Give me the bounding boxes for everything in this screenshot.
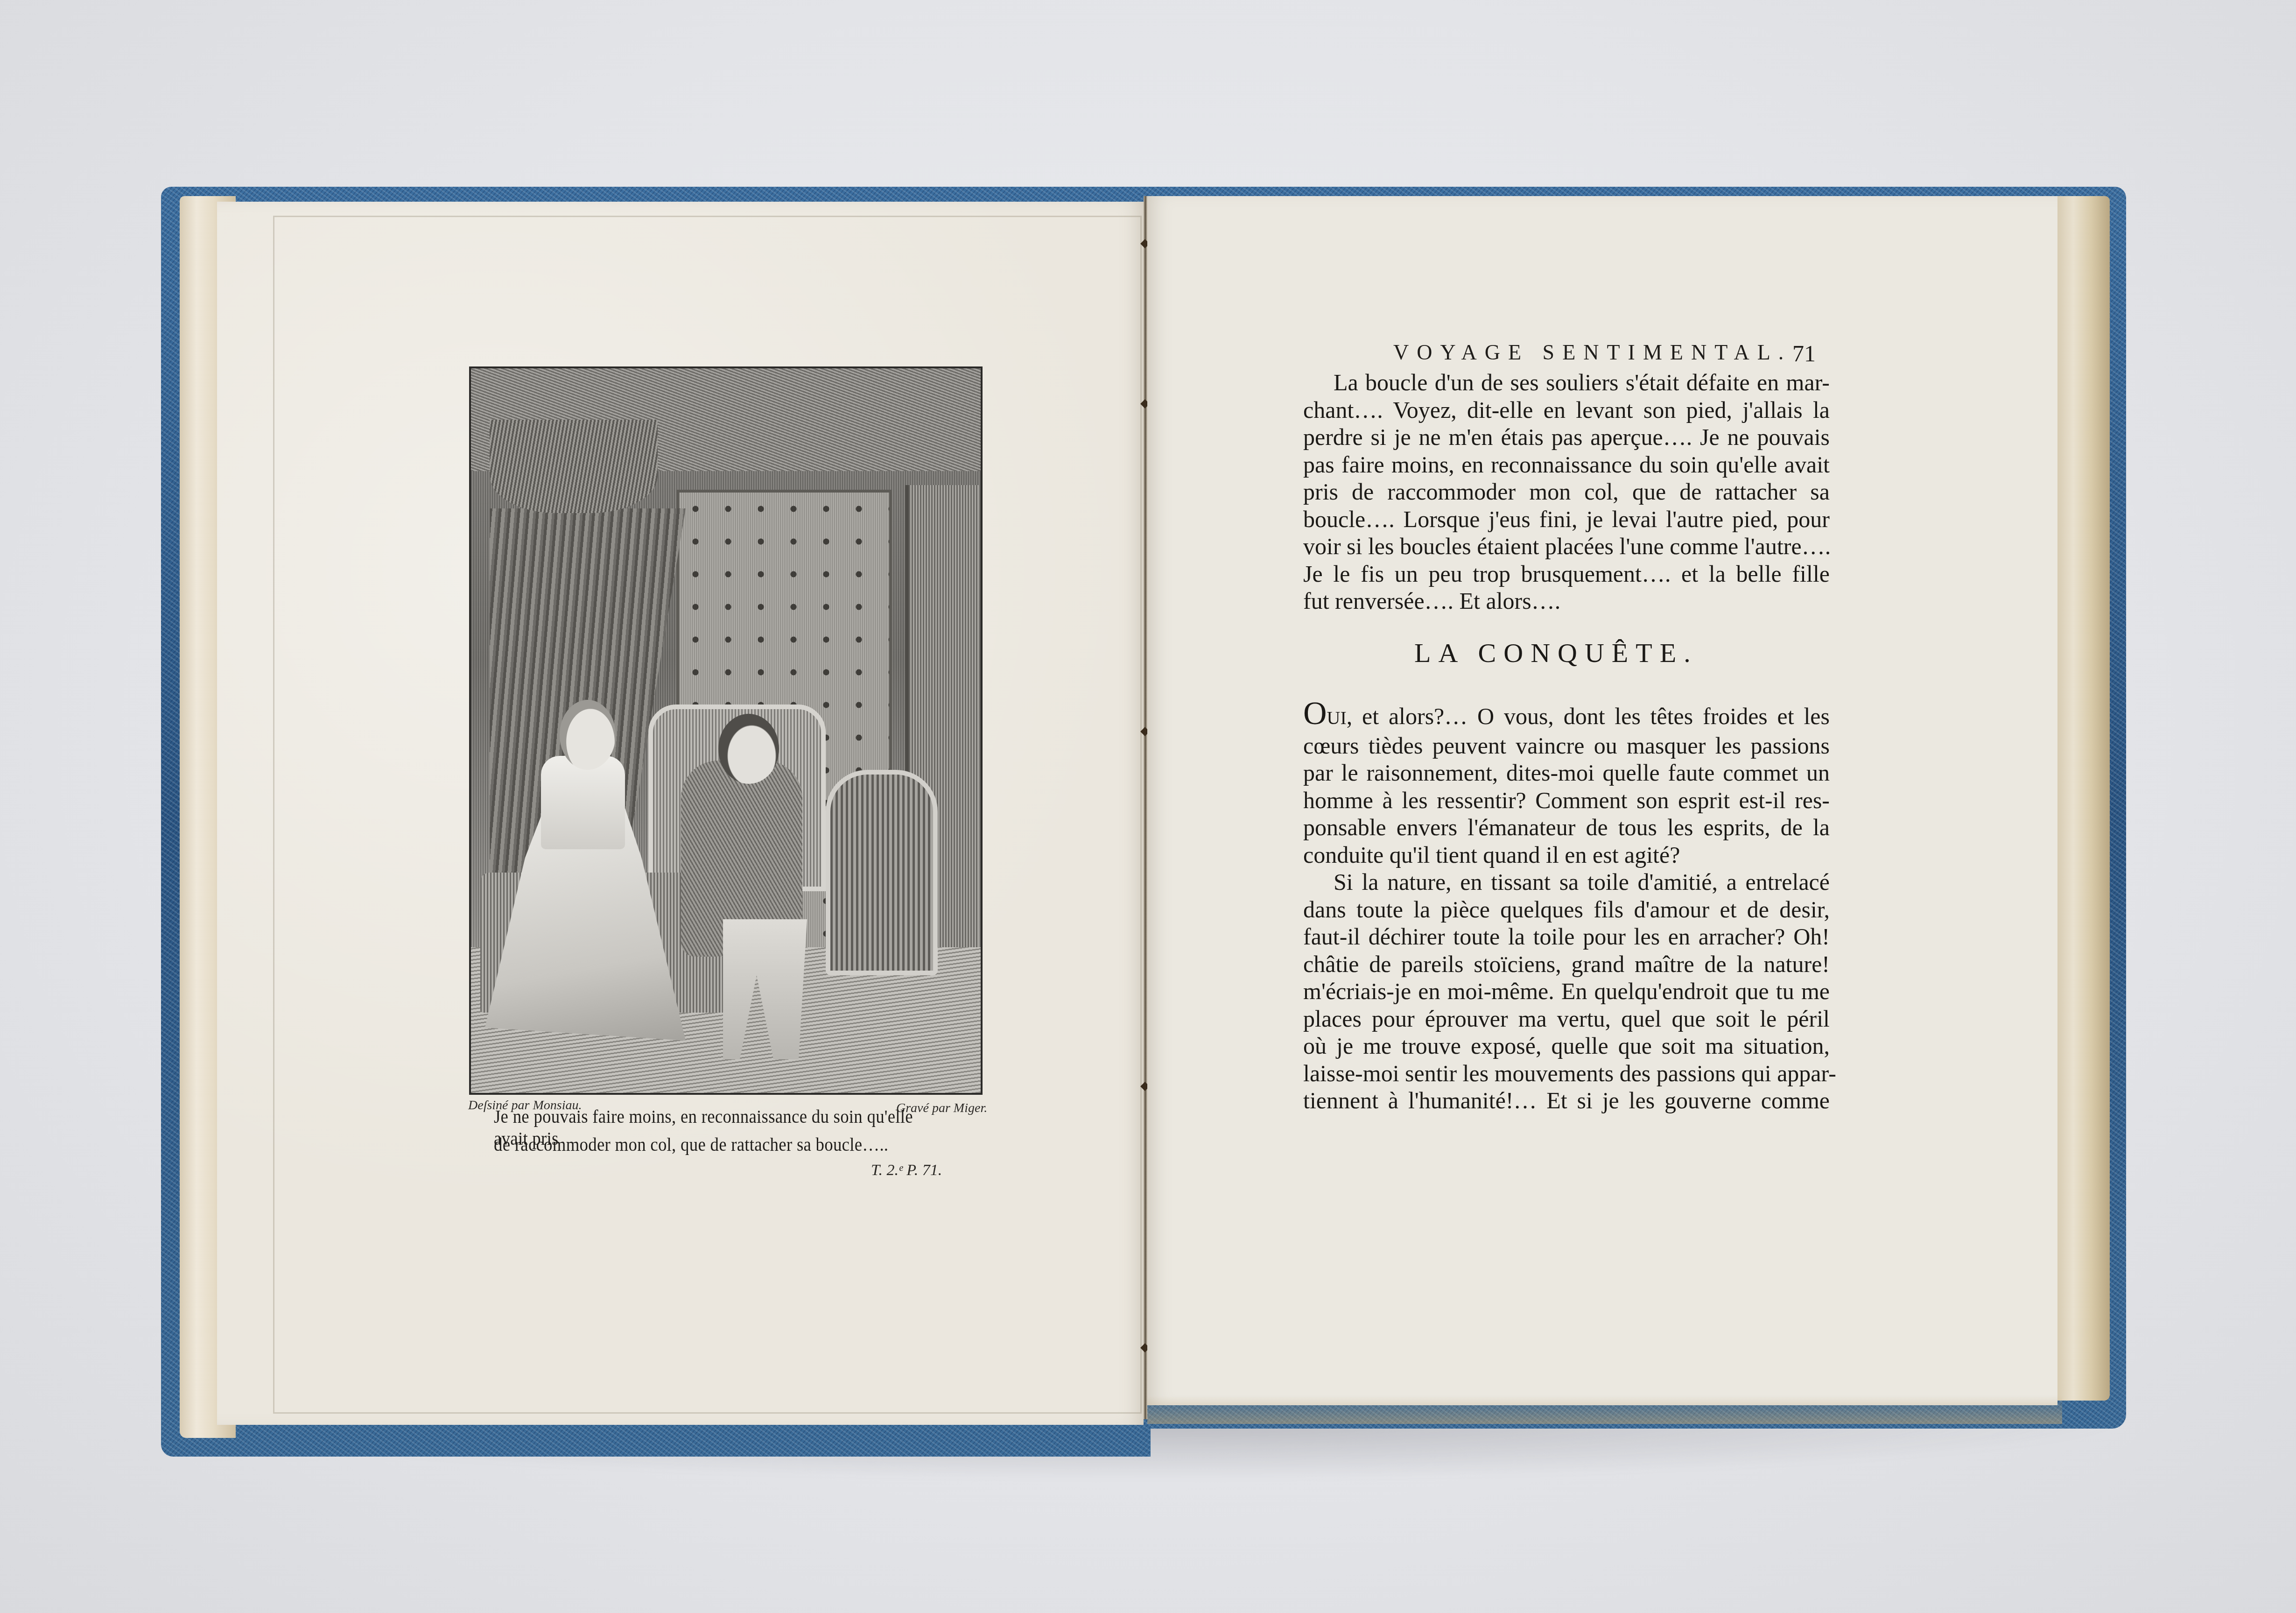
text-line: boucle…. Lorsque j'eus fini, je levai l'… (1303, 506, 1830, 533)
engraving-woman-head (560, 700, 616, 770)
page-edges-right (2049, 196, 2110, 1401)
paragraph-1: La boucle d'un de ses souliers s'était d… (1303, 369, 1830, 615)
text-line: La boucle d'un de ses souliers s'était d… (1303, 369, 1830, 396)
engraving-bed-canopy (490, 420, 658, 513)
chapter-title: LA CONQUÊTE. (1414, 637, 1698, 669)
text-line: places pour éprouver ma vertu, quel que … (1303, 1005, 1830, 1033)
text-line: châtie de pareils stoïciens, grand maîtr… (1303, 951, 1830, 978)
engraving-armchair (826, 770, 938, 975)
book-gutter (1144, 196, 1147, 1419)
engraving-man-head (718, 714, 779, 784)
text-line: Si la nature, en tissant sa toile d'amit… (1303, 868, 1830, 896)
text-line: tiennent à l'humanité!… Et si je les gou… (1303, 1087, 1830, 1114)
text-line: Je le fis un peu trop brusquement…. et l… (1303, 560, 1830, 588)
small-caps: UI (1327, 707, 1347, 728)
plate-reference: T. 2.ᵉ P. 71. (871, 1162, 942, 1179)
text-line: cœurs tièdes peuvent vaincre ou masquer … (1303, 732, 1830, 760)
text-line: conduite qu'il tient quand il en est agi… (1303, 841, 1830, 869)
text-line: où je me trouve exposé, quelle que soit … (1303, 1032, 1830, 1060)
text-line: ponsable envers l'émanateur de tous les … (1303, 814, 1830, 841)
text-line: faut-il déchirer toute la toile pour les… (1303, 923, 1830, 951)
text-line: pris de raccommoder mon col, que de ratt… (1303, 478, 1830, 506)
text-line: m'écriais-je en moi-même. En quelqu'endr… (1303, 978, 1830, 1005)
text-line: laisse-moi sentir les mouvements des pas… (1303, 1060, 1830, 1087)
plate-caption-line-2: de raccommoder mon col, que de rattacher… (494, 1134, 915, 1155)
page-edge-foxing (1147, 1396, 2062, 1424)
running-head: VOYAGE SENTIMENTAL. (1393, 340, 1791, 365)
paragraph-2: OUI, et alors?… O vous, dont les têtes f… (1303, 700, 1830, 1114)
text-fragment: , et alors?… O vous, dont les têtes froi… (1347, 703, 1830, 729)
engraving-plate (469, 366, 983, 1095)
text-line: pas faire moins, en reconnaissance du so… (1303, 451, 1830, 479)
text-line: fut renversée…. Et alors…. (1303, 587, 1830, 615)
text-line: voir si les boucles étaient placées l'un… (1303, 533, 1830, 560)
engraving-woman-bodice (541, 756, 625, 849)
text-line: dans toute la pièce quelques fils d'amou… (1303, 896, 1830, 923)
text-line: par le raisonnement, dites-moi quelle fa… (1303, 759, 1830, 787)
text-line: OUI, et alors?… O vous, dont les têtes f… (1303, 700, 1830, 732)
page-number: 71 (1792, 340, 1816, 367)
drop-cap: O (1303, 696, 1327, 732)
text-line: perdre si je ne m'en étais pas aperçue….… (1303, 423, 1830, 451)
text-line: homme à les ressentir? Comment son espri… (1303, 787, 1830, 814)
text-line: chant…. Voyez, dit-elle en levant son pi… (1303, 396, 1830, 424)
